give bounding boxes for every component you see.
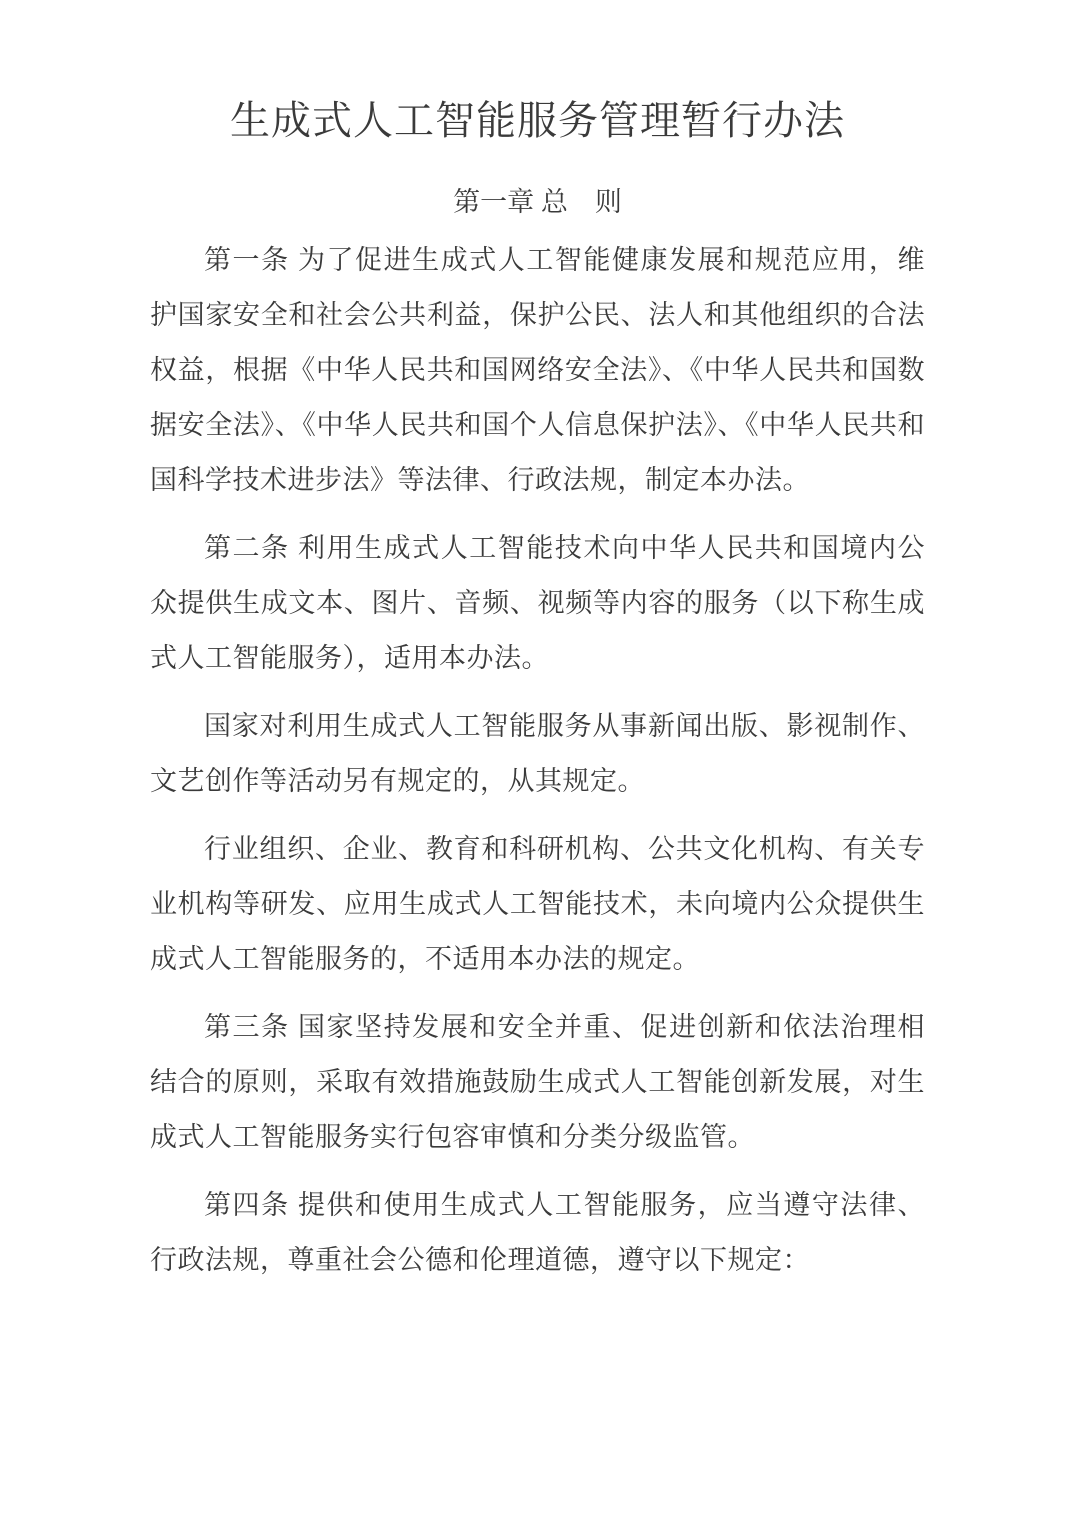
paragraph: 行业组织、企业、教育和科研机构、公共文化机构、有关专业机构等研发、应用生成式人工… — [150, 822, 925, 987]
paragraph: 第二条 利用生成式人工智能技术向中华人民共和国境内公众提供生成文本、图片、音频、… — [150, 521, 925, 686]
document-page: 生成式人工智能服务管理暂行办法 第一章 总 则 第一条 为了促进生成式人工智能健… — [0, 0, 1074, 1520]
paragraph: 第三条 国家坚持发展和安全并重、促进创新和依法治理相结合的原则，采取有效措施鼓励… — [150, 1000, 925, 1165]
paragraph: 第四条 提供和使用生成式人工智能服务，应当遵守法律、行政法规，尊重社会公德和伦理… — [150, 1178, 925, 1288]
chapter-heading: 第一章 总 则 — [150, 185, 925, 220]
document-body: 第一条 为了促进生成式人工智能健康发展和规范应用，维护国家安全和社会公共利益，保… — [150, 233, 925, 1288]
paragraph: 国家对利用生成式人工智能服务从事新闻出版、影视制作、文艺创作等活动另有规定的，从… — [150, 699, 925, 809]
document-title: 生成式人工智能服务管理暂行办法 — [150, 97, 925, 145]
paragraph: 第一条 为了促进生成式人工智能健康发展和规范应用，维护国家安全和社会公共利益，保… — [150, 233, 925, 508]
